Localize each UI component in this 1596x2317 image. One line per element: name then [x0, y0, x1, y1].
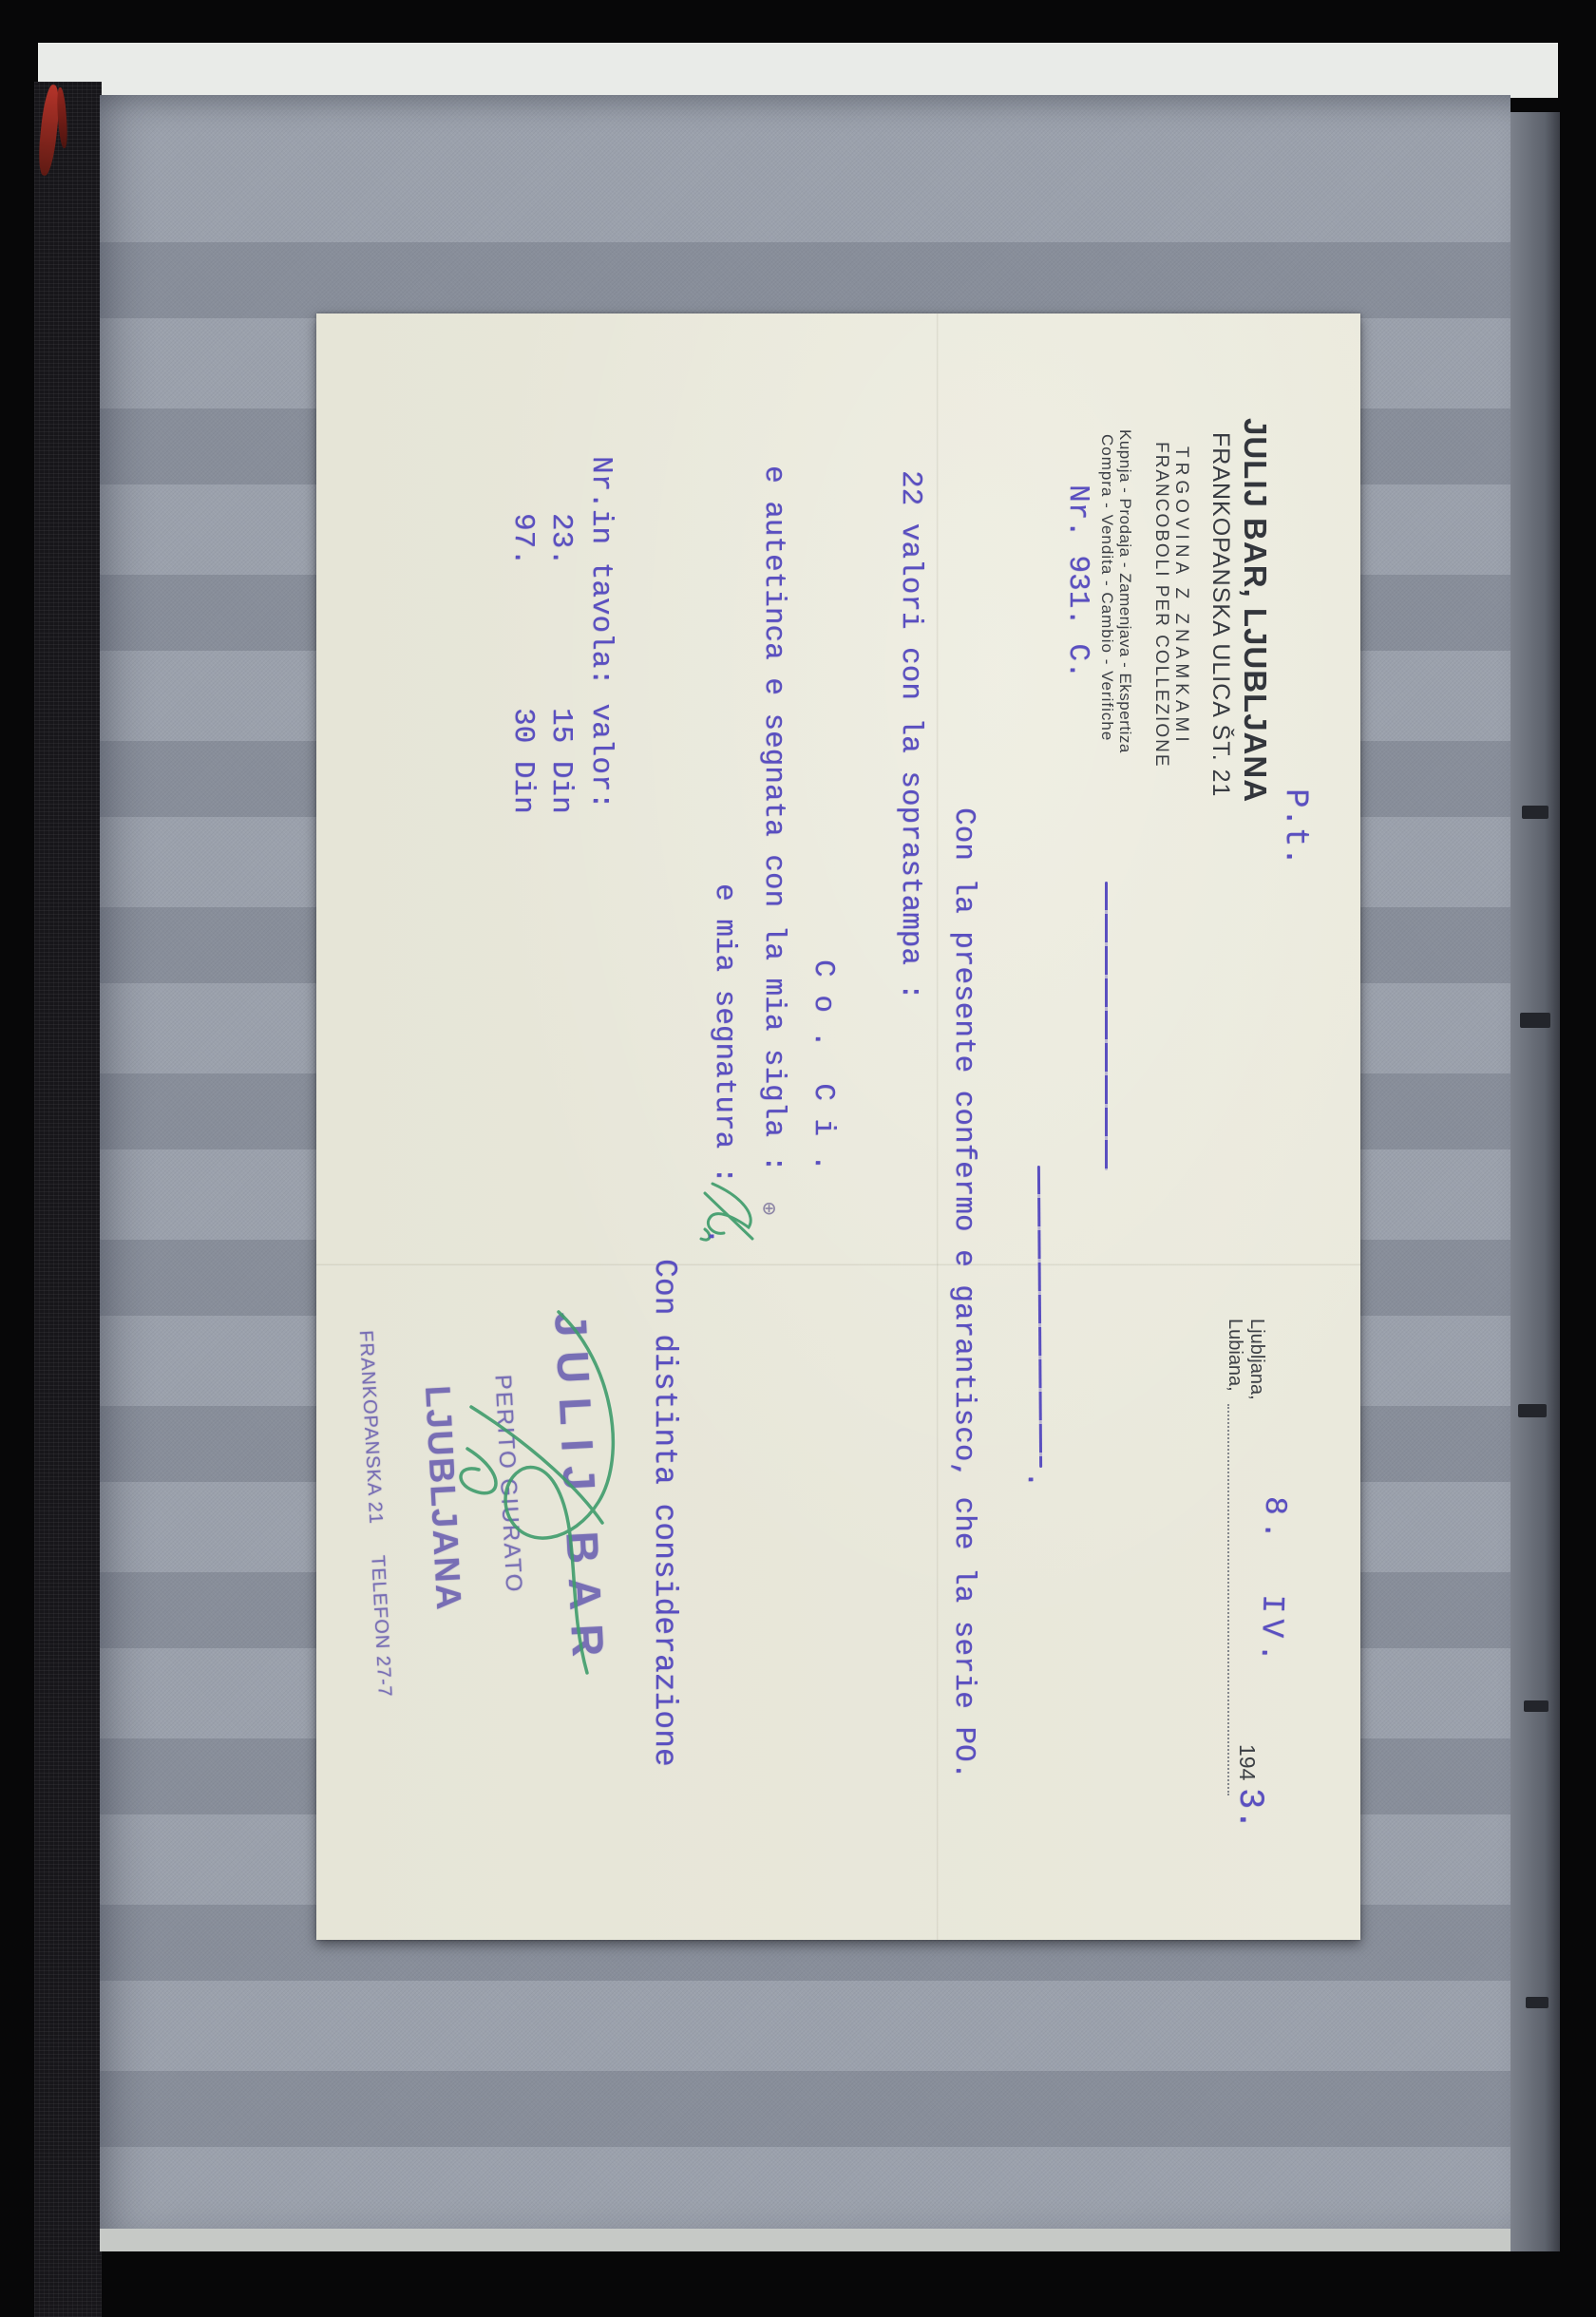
initials-signature-green	[688, 1176, 766, 1263]
letterhead-trade-it: FRANCOBOLI PER COLLEZIONE	[1150, 442, 1171, 769]
fold-crease-horizontal	[936, 313, 939, 1940]
letterhead-company: JULIJ BAR, LJUBLJANA	[1237, 418, 1273, 803]
page-edge-mark	[1520, 1013, 1550, 1028]
page-stack-edge	[1510, 112, 1560, 2251]
typed-rule-period: .	[1019, 1471, 1053, 1489]
body-line-3-overprint: C o . C i .	[807, 959, 840, 1171]
typed-rule-2	[1037, 1166, 1042, 1468]
body-line-5: e mia segnatura :	[708, 883, 741, 1184]
letterhead-services-sl: Kupnja - Prodaja - Zamenjava - Ekspertiz…	[1115, 429, 1134, 753]
body-line-4: e autetinca e segnata con la mia sigla :	[757, 465, 790, 1172]
fold-crease-vertical	[316, 1263, 1360, 1266]
letterhead-address: FRANKOPANSKA ULICA ŠT. 21	[1206, 432, 1234, 797]
page-edge-mark	[1518, 1404, 1547, 1417]
body-line-1: Con la presente confermo e garantisco, c…	[947, 807, 980, 1779]
expert-signature-green	[441, 1297, 640, 1696]
certificate-content: JULIJ BAR, LJUBLJANA FRANKOPANSKA ULICA …	[316, 313, 1360, 1940]
dateline-year-digit-typed: 3.	[1229, 1788, 1269, 1830]
album-page-top-edge	[38, 43, 1558, 98]
row-number: 23.	[544, 513, 578, 566]
letterhead-trade-sl: TRGOVINA Z ZNAMKAMI	[1170, 446, 1191, 747]
row-value: 15 Din	[544, 708, 578, 814]
row-number: 97.	[506, 513, 540, 566]
dateline-city-italian: Lubiana,	[1224, 1319, 1245, 1392]
table-note-header: Nr.in tavola: valor:	[584, 456, 617, 809]
page-edge-mark	[1526, 1997, 1548, 2008]
page-bottom-edge	[100, 2229, 1510, 2251]
reference-number: Nr. 931. C.	[1061, 484, 1094, 679]
dateline-year-printed: 194	[1234, 1744, 1260, 1780]
body-line-2: 22 valori con la soprastampa :	[894, 470, 927, 1000]
table-note-row: 23. 15 Din	[540, 513, 578, 855]
typed-rule-1	[1105, 882, 1108, 1170]
table-note-row: 97. 30 Din	[502, 513, 540, 855]
binder-spine	[34, 82, 102, 2317]
certificate-document: JULIJ BAR, LJUBLJANA FRANKOPANSKA ULICA …	[316, 313, 1360, 1940]
body-line-5-period: .	[700, 1227, 733, 1245]
dateline-day-month-typed: 8. IV.	[1253, 1496, 1293, 1669]
page-edge-mark	[1522, 806, 1548, 819]
dateline-city-slovene: Ljubljana,	[1245, 1319, 1267, 1400]
stockbook-photo-scene: JULIJ BAR, LJUBLJANA FRANKOPANSKA ULICA …	[0, 0, 1596, 2317]
salutation: P.t.	[1277, 788, 1313, 866]
stamp-line-4: FRANKOPANSKA 21 TELEFON 27-7	[356, 1330, 397, 1740]
spine-red-mark	[56, 87, 68, 148]
page-edge-mark	[1524, 1700, 1548, 1712]
letterhead-services-it: Compra - Vendita - Cambio - Verifiche	[1097, 434, 1116, 741]
closing-line: Con distinta considerazione	[647, 1259, 682, 1767]
row-value: 30 Din	[506, 708, 540, 814]
